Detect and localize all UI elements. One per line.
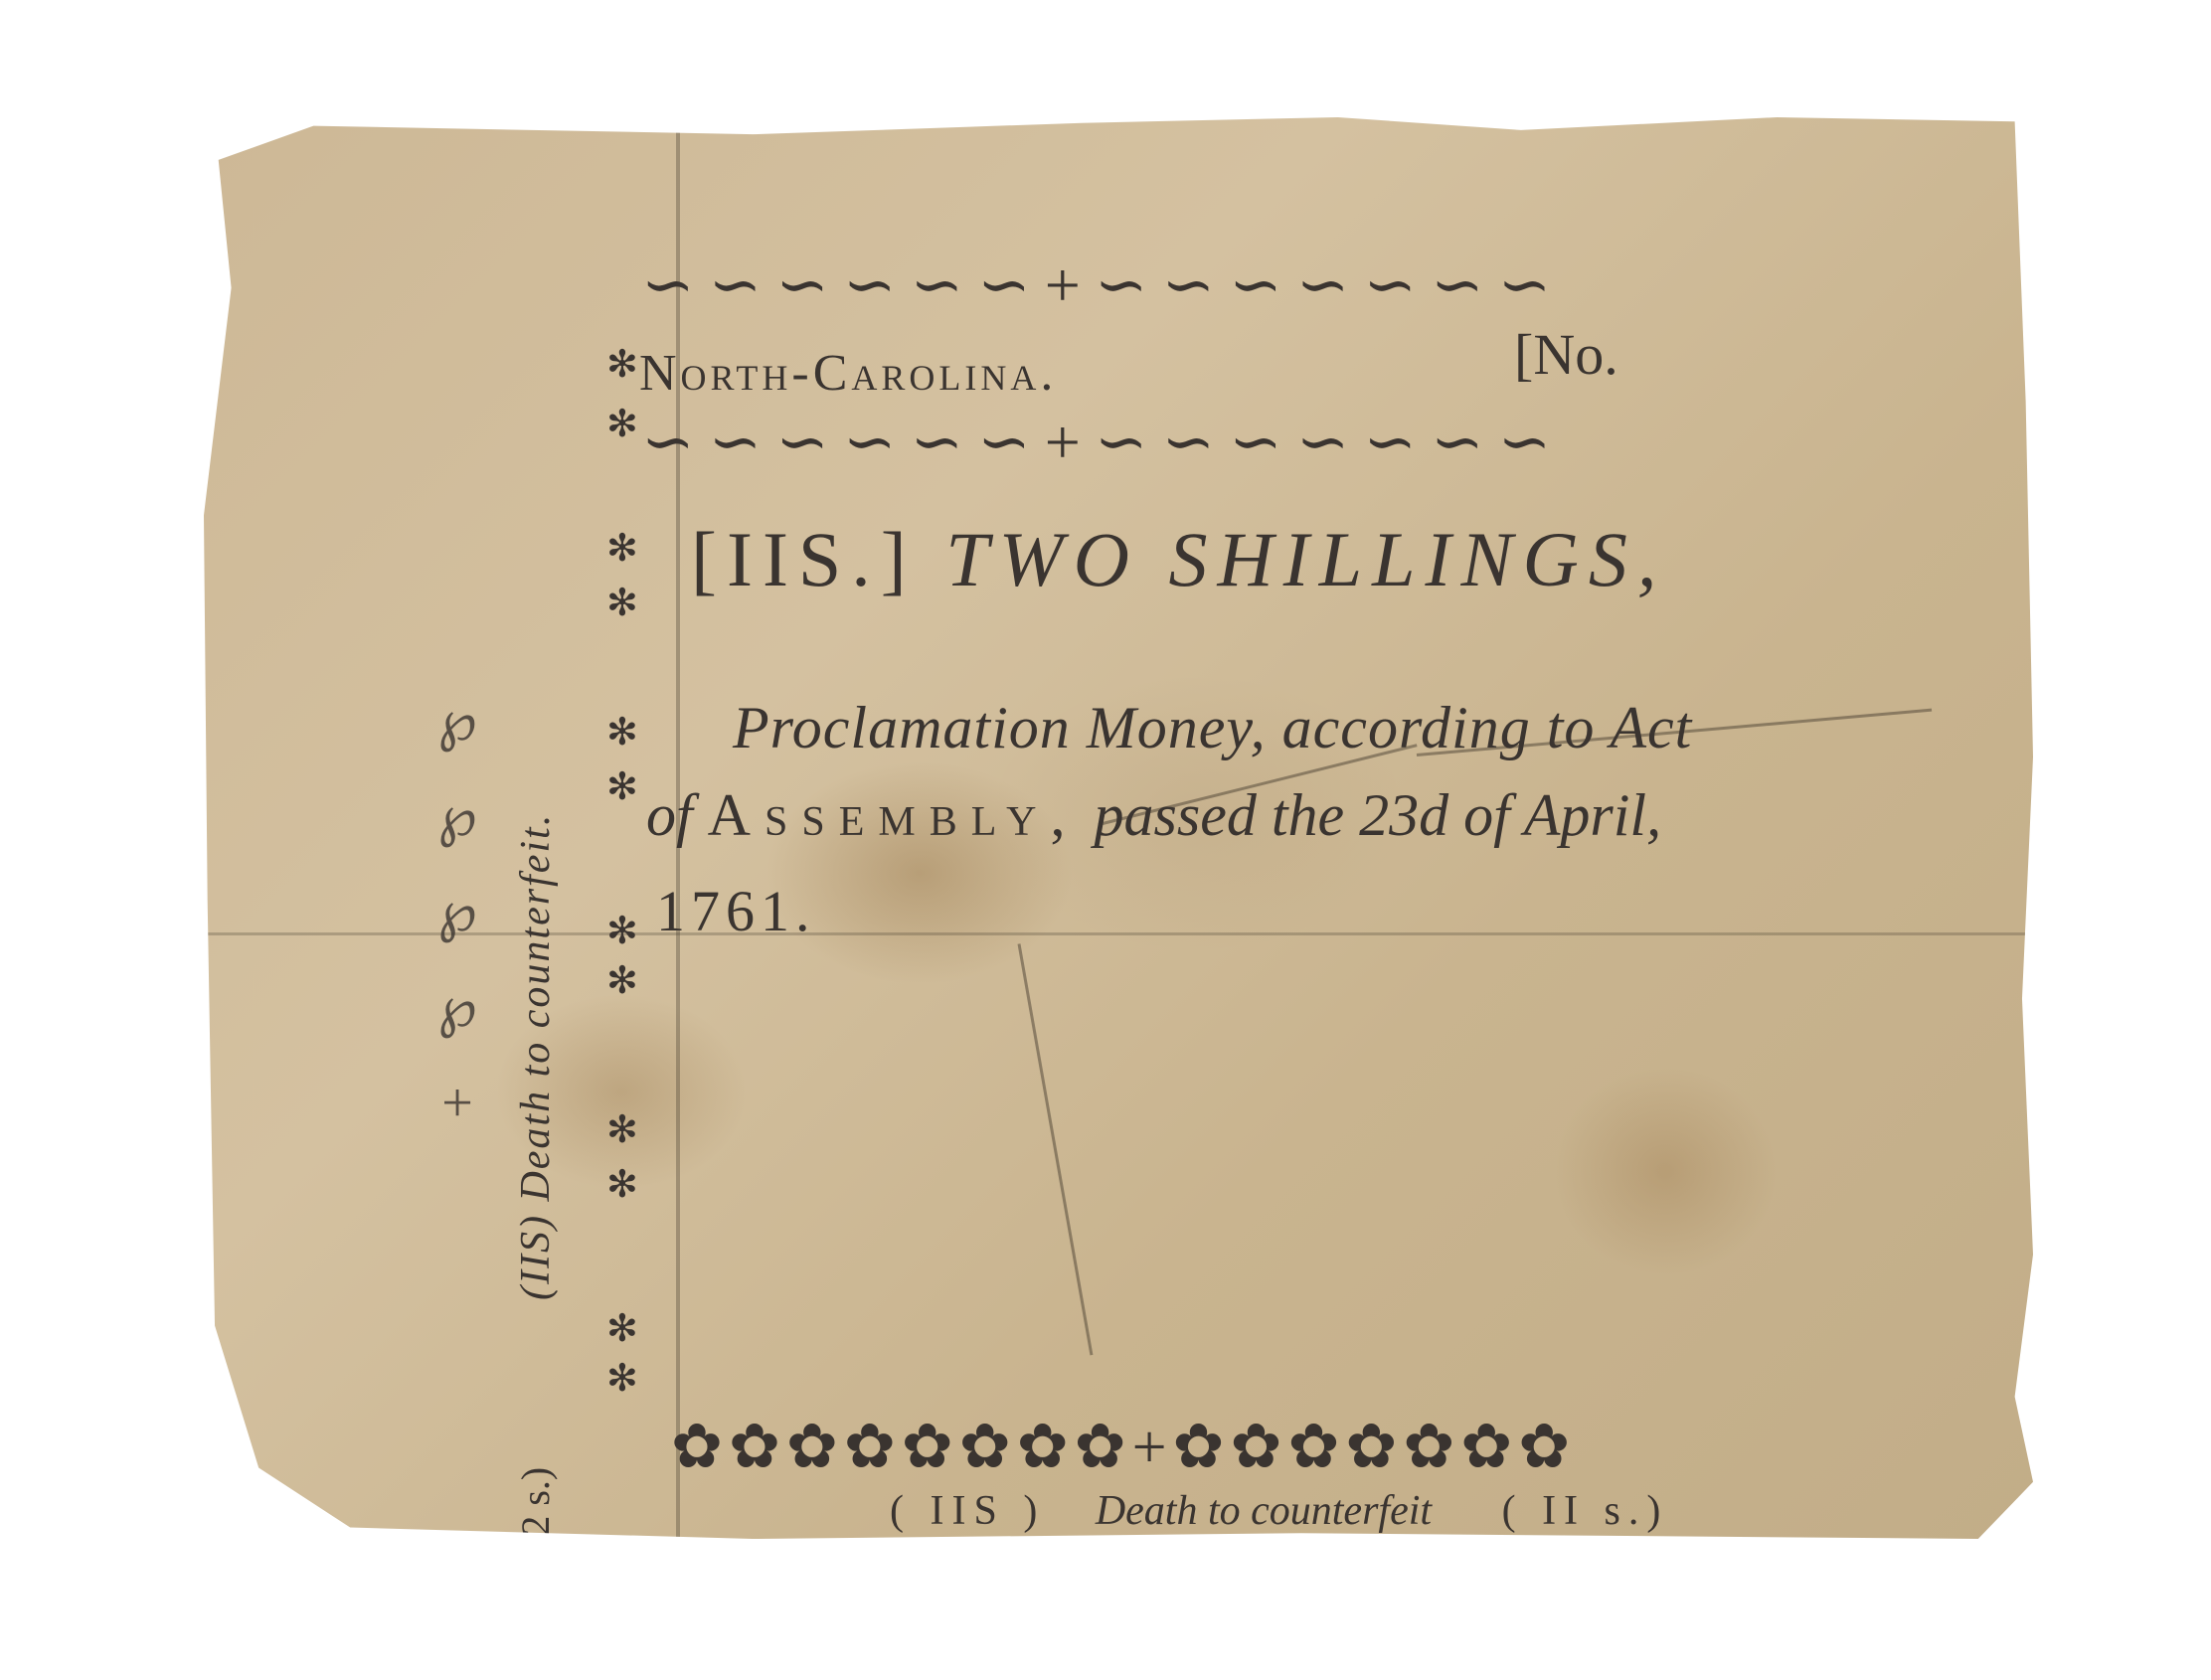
serial-number-digits: 2 3 8 2 [2073, 217, 2113, 567]
body-line-1: Proclamation Money, according to Act [733, 694, 1692, 762]
star-icon: ✻ [606, 913, 638, 950]
denomination-heading: [IIS.] TWO SHILLINGS, [691, 515, 1666, 604]
bottom-warning: Death to counterfeit [1096, 1488, 1432, 1534]
left-scroll-ornament: ℘ ℘ ℘ ℘ + [427, 674, 487, 1151]
serial-digit: 2 [2073, 217, 2113, 304]
bottom-value-mark-left: ( IIS ) [890, 1488, 1045, 1534]
top-scroll-border: ∽∽∽∽∽∽+∽∽∽∽∽∽∽ [641, 249, 1565, 322]
star-icon: ✻ [606, 962, 638, 1000]
body-line-2-caps: Assembly, [708, 782, 1080, 848]
state-title: North-Carolina. [639, 344, 1057, 403]
cross-icon: + [427, 1056, 487, 1151]
cross-icon: + [2118, 716, 2157, 777]
body-line-2-suffix: passed the 23d of April, [1095, 782, 1662, 848]
cross-icon: + [2118, 777, 2157, 839]
cross-icon: + [2118, 1147, 2157, 1209]
serial-digit: 8 [2073, 392, 2113, 479]
serial-number-label: [No. [1514, 321, 1618, 388]
star-icon: ✻ [606, 585, 638, 622]
serial-digit: 3 [2073, 304, 2113, 392]
left-border-value: (2 s.) [512, 1467, 559, 1549]
denomination-mark: [IIS.] [691, 516, 917, 602]
right-border-warning: Death to counterfeit. [2175, 843, 2211, 1215]
issue-year: 1761. [656, 878, 816, 944]
star-icon: ✻ [606, 1310, 638, 1348]
cross-icon: + [2118, 839, 2157, 901]
cross-icon: + [2118, 901, 2157, 962]
scroll-icon: ℘ [427, 769, 487, 865]
cross-icon: + [2118, 962, 2157, 1024]
right-cross-column: + + + + + + 7 + + + + + [2118, 654, 2157, 1394]
left-border-warning: (IIS) Death to counterfeit. [512, 813, 560, 1300]
denomination-text: TWO SHILLINGS, [945, 516, 1666, 602]
star-icon: ✻ [606, 406, 638, 443]
scroll-icon: ℘ [427, 865, 487, 960]
bottom-flower-border: ✿✿✿✿✿✿✿✿+✿✿✿✿✿✿✿ [671, 1410, 1576, 1483]
serial-digit: 2 [2073, 479, 2113, 567]
currency-note: ∽∽∽∽∽∽+∽∽∽∽∽∽∽ ∽∽∽∽∽∽+∽∽∽∽∽∽∽ North-Caro… [204, 117, 2033, 1539]
body-line-2-prefix: of [646, 782, 693, 848]
paper-crack [1018, 943, 1094, 1355]
star-icon: ✻ [606, 714, 638, 752]
bottom-value-mark-right: ( II s.) [1502, 1488, 1669, 1534]
scroll-icon: ℘ [427, 960, 487, 1056]
bottom-legend: ( IIS ) Death to counterfeit ( II s.) [890, 1487, 1668, 1535]
right-border-digit: 7 [2118, 1024, 2157, 1086]
cross-icon: + [2118, 654, 2157, 716]
star-icon: ✻ [606, 530, 638, 568]
star-icon: ✻ [606, 1166, 638, 1204]
star-icon: ✻ [606, 1360, 638, 1398]
star-icon: ✻ [606, 1111, 638, 1149]
star-icon: ✻ [606, 768, 638, 806]
bottom-scroll-border: ෆෆෆෆෆෆෆෆෆෆෆෆෆෆෆෆ [671, 1564, 1380, 1626]
cross-icon: + [2118, 1270, 2157, 1332]
cross-icon: + [2118, 1086, 2157, 1147]
star-icon: ✻ [606, 346, 638, 384]
top-scroll-border-lower: ∽∽∽∽∽∽+∽∽∽∽∽∽∽ [641, 406, 1565, 479]
cross-icon: + [2118, 1332, 2157, 1394]
scroll-icon: ℘ [427, 674, 487, 769]
body-line-2: of Assembly, passed the 23d of April, [646, 781, 1661, 850]
cross-icon: + [2118, 1209, 2157, 1270]
